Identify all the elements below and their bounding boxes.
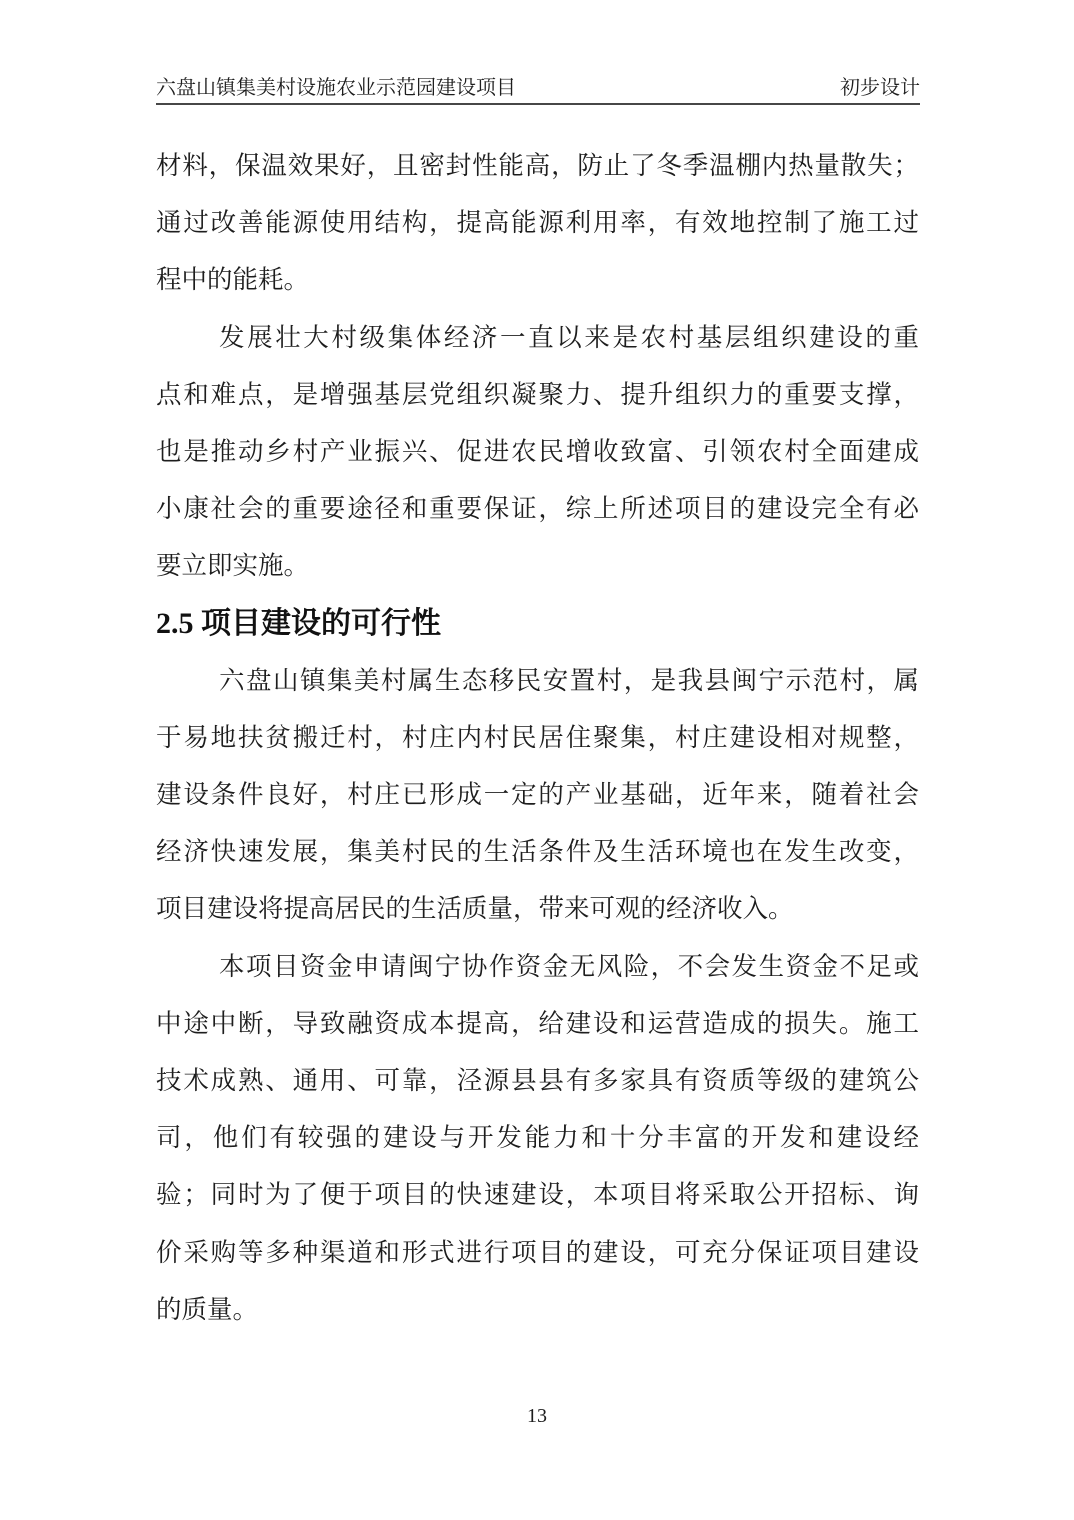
body-line: 通过改善能源使用结构，提高能源利用率，有效地控制了施工过 xyxy=(156,194,919,251)
body-line: 项目建设将提高居民的生活质量，带来可观的经济收入。 xyxy=(156,880,919,937)
page-number: 13 xyxy=(527,1405,547,1427)
section-heading: 2.5 项目建设的可行性 xyxy=(156,595,919,652)
header-project-title: 六盘山镇集美村设施农业示范园建设项目 xyxy=(156,77,516,99)
body-line: 建设条件良好，村庄已形成一定的产业基础，近年来，随着社会 xyxy=(156,766,919,823)
body-line: 程中的能耗。 xyxy=(156,251,919,308)
page-body: 材料，保温效果好，且密封性能高，防止了冬季温棚内热量散失； 通过改善能源使用结构… xyxy=(156,137,919,1338)
document-page: 六盘山镇集美村设施农业示范园建设项目 初步设计 材料，保温效果好，且密封性能高，… xyxy=(0,0,1074,1520)
body-line: 价采购等多种渠道和形式进行项目的建设，可充分保证项目建设 xyxy=(156,1224,919,1281)
body-line: 材料，保温效果好，且密封性能高，防止了冬季温棚内热量散失； xyxy=(156,137,919,194)
body-line: 本项目资金申请闽宁协作资金无风险，不会发生资金不足或 xyxy=(156,938,919,995)
body-line: 发展壮大村级集体经济一直以来是农村基层组织建设的重 xyxy=(156,309,919,366)
body-line: 于易地扶贫搬迁村，村庄内村民居住聚集，村庄建设相对规整， xyxy=(156,709,919,766)
body-line: 也是推动乡村产业振兴、促进农民增收致富、引领农村全面建成 xyxy=(156,423,919,480)
body-line: 小康社会的重要途径和重要保证，综上所述项目的建设完全有必 xyxy=(156,480,919,537)
body-line: 六盘山镇集美村属生态移民安置村，是我县闽宁示范村，属 xyxy=(156,652,919,709)
body-line: 点和难点，是增强基层党组织凝聚力、提升组织力的重要支撑， xyxy=(156,366,919,423)
body-line: 司，他们有较强的建设与开发能力和十分丰富的开发和建设经 xyxy=(156,1109,919,1166)
header-doc-stage: 初步设计 xyxy=(840,77,920,99)
body-line: 中途中断，导致融资成本提高，给建设和运营造成的损失。施工 xyxy=(156,995,919,1052)
body-line: 的质量。 xyxy=(156,1281,919,1338)
body-line: 验；同时为了便于项目的快速建设，本项目将采取公开招标、询 xyxy=(156,1166,919,1223)
page-header: 六盘山镇集美村设施农业示范园建设项目 初步设计 xyxy=(156,77,920,105)
body-line: 技术成熟、通用、可靠，泾源县县有多家具有资质等级的建筑公 xyxy=(156,1052,919,1109)
body-line: 经济快速发展，集美村民的生活条件及生活环境也在发生改变， xyxy=(156,823,919,880)
body-line: 要立即实施。 xyxy=(156,537,919,594)
page-footer: 13 xyxy=(0,1403,1074,1429)
